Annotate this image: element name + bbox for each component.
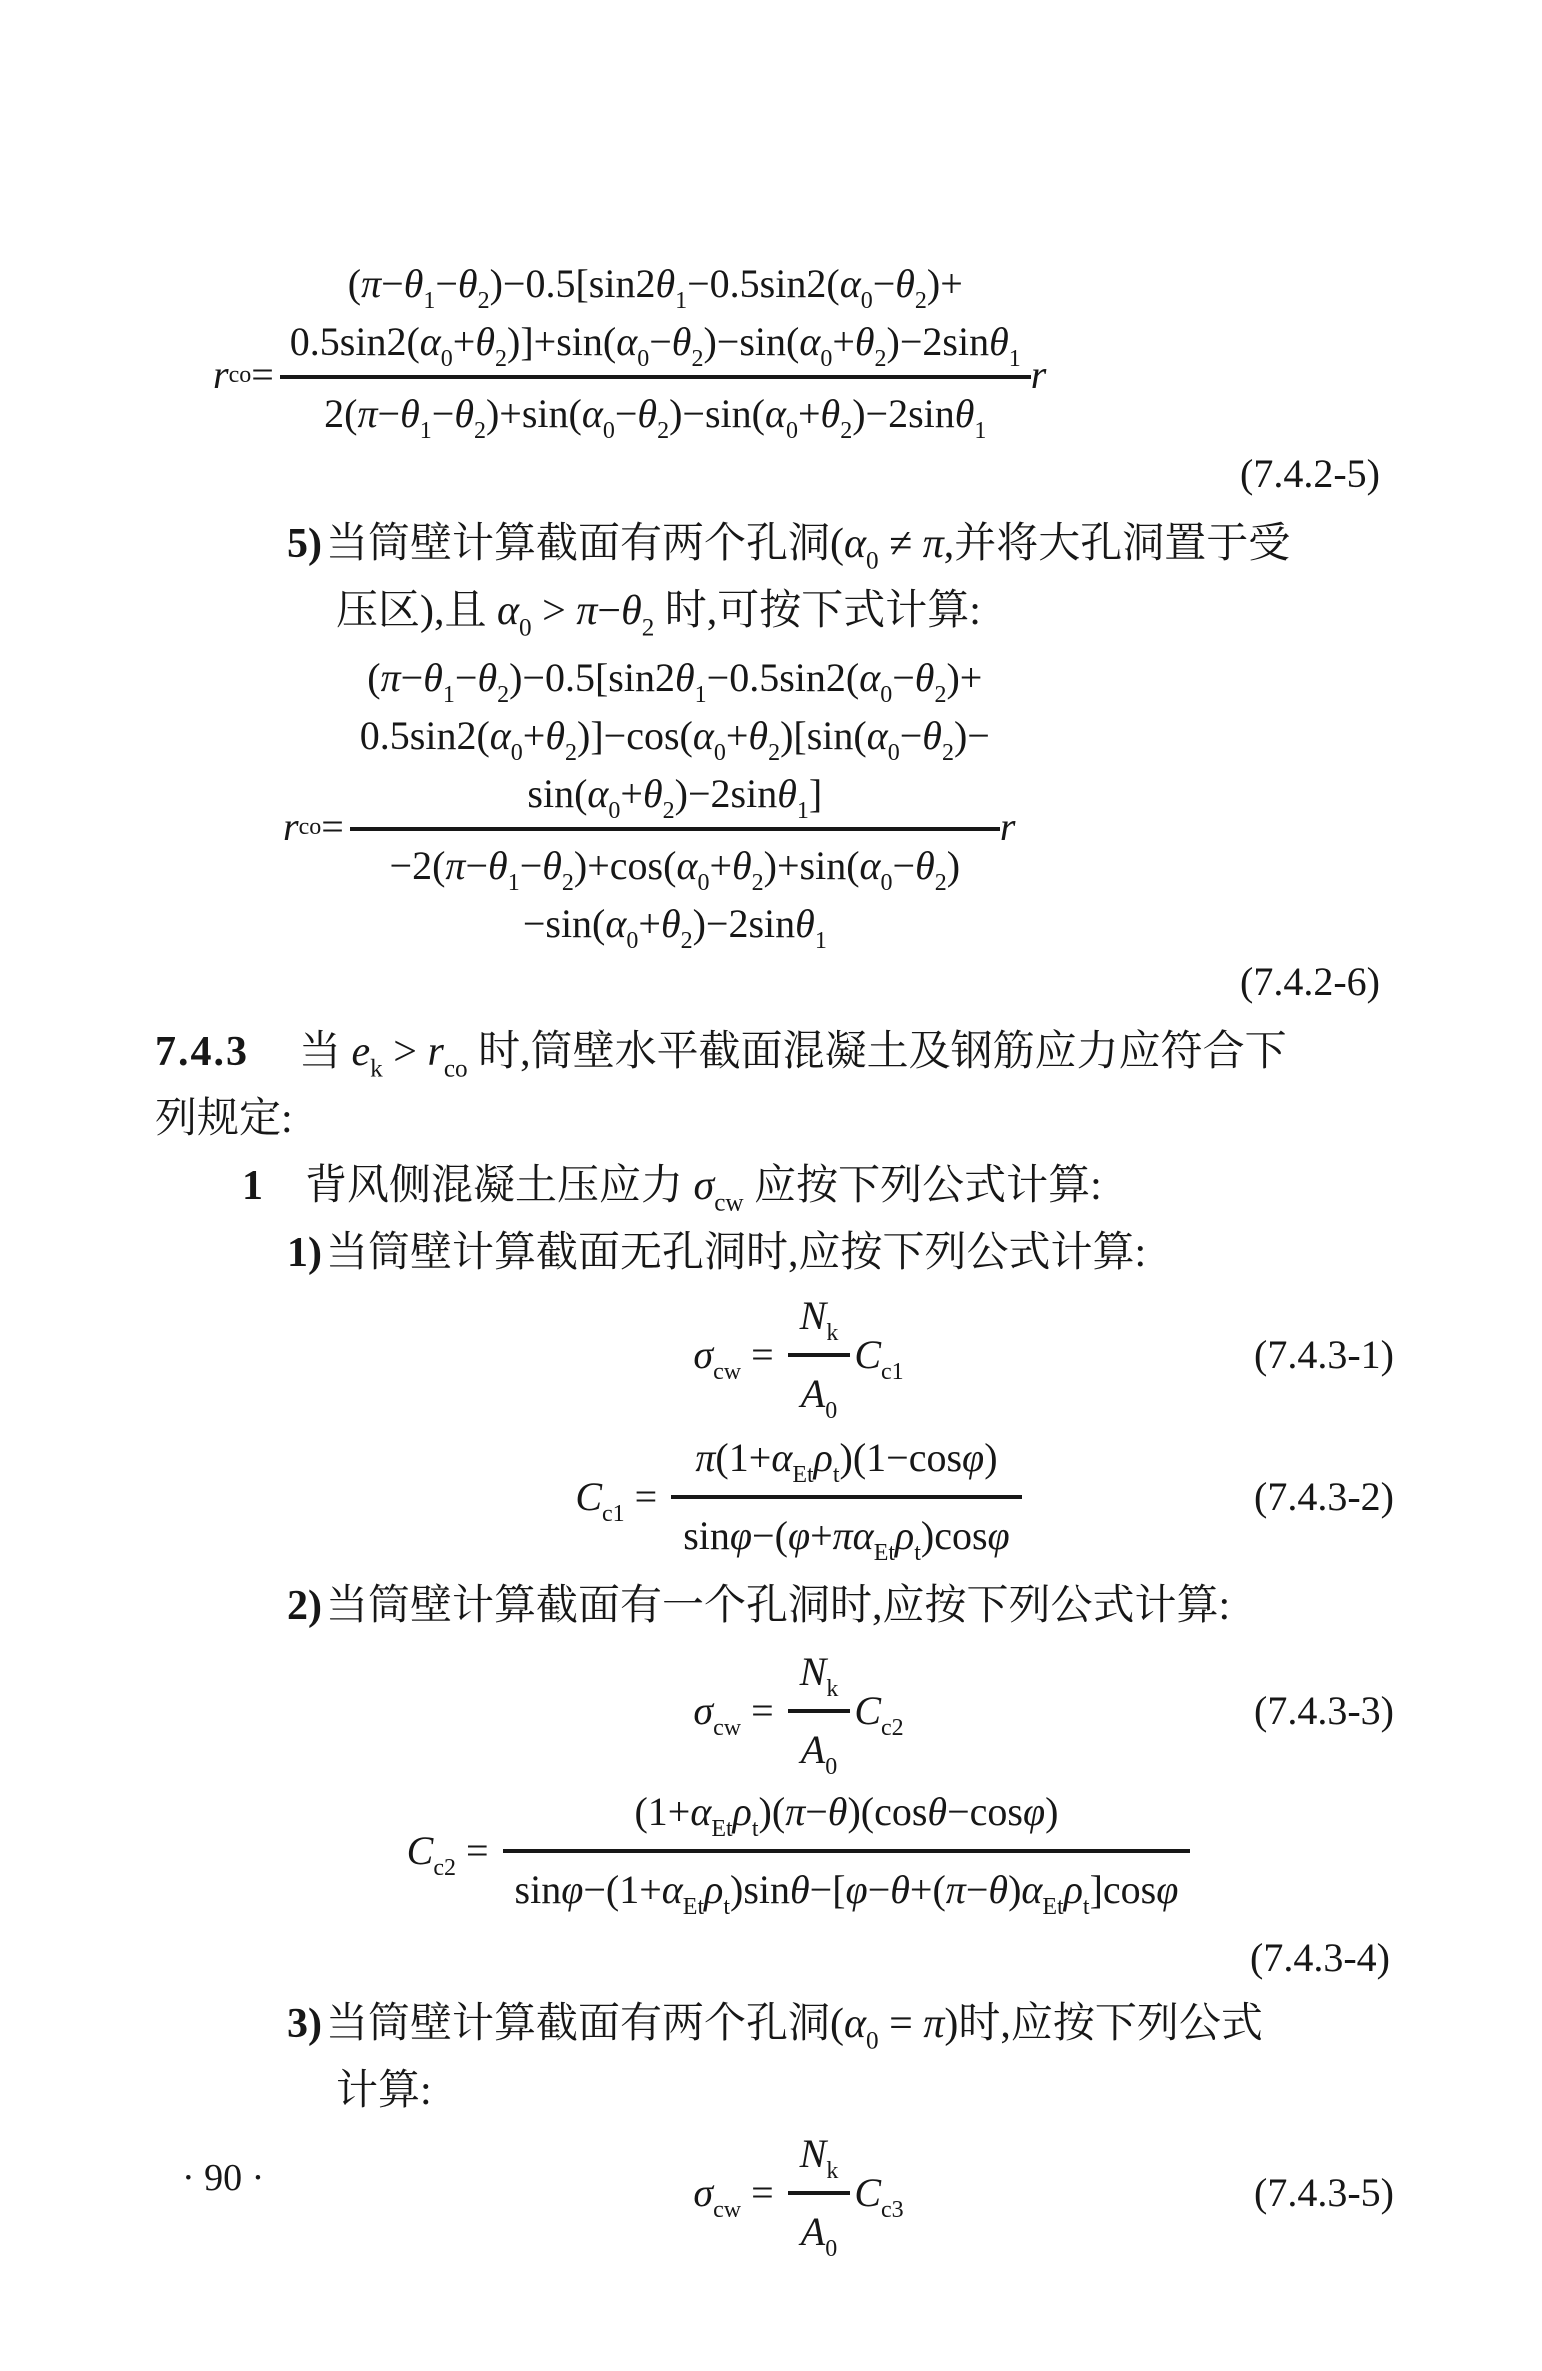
equation-number-7-4-2-6: (7.4.2-6) <box>155 953 1442 1011</box>
equation-lhs: Cc1 = <box>575 1468 657 1526</box>
subitem-3-marker: 3) <box>287 2001 322 2047</box>
subitem-2-line: 2)当筒壁计算截面有一个孔洞时,应按下列公式计算: <box>155 1573 1442 1640</box>
equation-number-7-4-2-5: (7.4.2-5) <box>155 445 1442 503</box>
equation-7-4-2-6-numerator: (π−θ1−θ2)−0.5[sin2θ1−0.5sin2(α0−θ2)+ 0.5… <box>360 649 990 827</box>
denominator-line: −2(π−θ1−θ2)+cos(α0+θ2)+sin(α0−θ2) <box>360 837 990 895</box>
equation-body: σcw = Nk A0 Cc1 <box>693 1287 903 1423</box>
clause-5-text: 当筒壁计算截面有两个孔洞(α0 ≠ π,并将大孔洞置于受 <box>326 521 1290 567</box>
section-7-4-3-line-1: 7.4.3当 ek > rco 时,筒壁水平截面混凝土及钢筋应力应符合下 <box>155 1019 1442 1086</box>
equation-number-7-4-3-5: (7.4.3-5) <box>1254 2164 1394 2222</box>
numerator-line: sin(α0+θ2)−2sinθ1] <box>360 765 990 823</box>
fraction-numerator: π(1+αEtρt)(1−cosφ) <box>671 1429 1021 1495</box>
subitem-2-marker: 2) <box>287 1583 322 1629</box>
equation-7-4-2-5: (π−θ1−θ2)−0.5[sin2θ1−0.5sin2(α0−θ2)+ 0.5… <box>213 255 1046 443</box>
document-page: (π−θ1−θ2)−0.5[sin2θ1−0.5sin2(α0−θ2)+ 0.5… <box>0 0 1542 2371</box>
equation-lhs: Cc2 = <box>407 1822 489 1880</box>
numerator-line: 0.5sin2(α0+θ2)]+sin(α0−θ2)−sin(α0+θ2)−2s… <box>290 313 1021 371</box>
section-number: 7.4.3 <box>155 1029 249 1075</box>
item-1-marker: 1 <box>242 1163 263 1209</box>
fraction-denominator: sinφ−(1+αEtρt)sinθ−[φ−θ+(π−θ)αEtρt]cosφ <box>503 1849 1191 1919</box>
equation-7-4-2-6-denominator: −2(π−θ1−θ2)+cos(α0+θ2)+sin(α0−θ2) −sin(α… <box>360 831 990 953</box>
equation-7-4-3-2: Cc1 = π(1+αEtρt)(1−cosφ) sinφ−(φ+παEtρt)… <box>155 1429 1442 1565</box>
clause-5-line-1: 5)当筒壁计算截面有两个孔洞(α0 ≠ π,并将大孔洞置于受 <box>155 511 1442 578</box>
equation-rhs: Cc1 <box>854 1326 903 1384</box>
subitem-3-line-1: 3)当筒壁计算截面有两个孔洞(α0 = π)时,应按下列公式 <box>155 1991 1442 2058</box>
equation-rhs: Cc2 <box>854 1682 903 1740</box>
fraction: Nk A0 <box>788 1287 851 1423</box>
equation-7-4-3-4: Cc2 = (1+αEtρt)(π−θ)(cosθ−cosφ) sinφ−(1+… <box>155 1783 1442 1919</box>
equation-number-7-4-3-4: (7.4.3-4) <box>155 1929 1442 1987</box>
fraction-numerator: Nk <box>788 1643 851 1709</box>
fraction: Nk A0 <box>788 2125 851 2261</box>
clause-5-marker: 5) <box>287 521 322 567</box>
fraction-denominator: A0 <box>788 1709 851 1779</box>
fraction-numerator: (1+αEtρt)(π−θ)(cosθ−cosφ) <box>503 1783 1191 1849</box>
fraction: Nk A0 <box>788 1643 851 1779</box>
subitem-3-text: 当筒壁计算截面有两个孔洞(α0 = π)时,应按下列公式 <box>326 2001 1263 2047</box>
subitem-3-line-2: 计算: <box>155 2058 1442 2125</box>
section-text: 当 ek > rco 时,筒壁水平截面混凝土及钢筋应力应符合下 <box>299 1029 1287 1075</box>
equation-body: σcw = Nk A0 Cc3 <box>693 2125 903 2261</box>
numerator-line: (π−θ1−θ2)−0.5[sin2θ1−0.5sin2(α0−θ2)+ <box>360 649 990 707</box>
equation-number-7-4-3-1: (7.4.3-1) <box>1254 1326 1394 1384</box>
subitem-1-text: 当筒壁计算截面无孔洞时,应按下列公式计算: <box>326 1230 1146 1276</box>
fraction: π(1+αEtρt)(1−cosφ) sinφ−(φ+παEtρt)cosφ <box>671 1429 1021 1565</box>
equation-7-4-3-3: σcw = Nk A0 Cc2 (7.4.3-3) <box>155 1643 1442 1779</box>
equation-number-7-4-3-2: (7.4.3-2) <box>1254 1468 1394 1526</box>
equation-7-4-2-5-numerator: (π−θ1−θ2)−0.5[sin2θ1−0.5sin2(α0−θ2)+ 0.5… <box>290 255 1021 375</box>
numerator-line: (π−θ1−θ2)−0.5[sin2θ1−0.5sin2(α0−θ2)+ <box>290 255 1021 313</box>
equation-rhs: Cc3 <box>854 2164 903 2222</box>
equation-lhs: σcw = <box>693 2164 773 2222</box>
equation-7-4-3-1: σcw = Nk A0 Cc1 (7.4.3-1) <box>155 1287 1442 1423</box>
equation-lhs: σcw = <box>693 1682 773 1740</box>
equation-7-4-2-6: (π−θ1−θ2)−0.5[sin2θ1−0.5sin2(α0−θ2)+ 0.5… <box>283 649 1015 953</box>
clause-5-line-2: 压区),且 α0 > π−θ2 时,可按下式计算: <box>155 578 1442 645</box>
denominator-line: 2(π−θ1−θ2)+sin(α0−θ2)−sin(α0+θ2)−2sinθ1 <box>290 385 1021 443</box>
subitem-1-marker: 1) <box>287 1230 322 1276</box>
equation-lhs: σcw = <box>693 1326 773 1384</box>
fraction-denominator: A0 <box>788 1353 851 1423</box>
equation-body: Cc1 = π(1+αEtρt)(1−cosφ) sinφ−(φ+παEtρt)… <box>575 1429 1021 1565</box>
equation-7-4-3-5: σcw = Nk A0 Cc3 (7.4.3-5) <box>155 2125 1442 2261</box>
fraction-denominator: sinφ−(φ+παEtρt)cosφ <box>671 1495 1021 1565</box>
equation-body: Cc2 = (1+αEtρt)(π−θ)(cosθ−cosφ) sinφ−(1+… <box>407 1783 1191 1919</box>
item-1-line: 1背风侧混凝土压应力 σcw 应按下列公式计算: <box>155 1153 1442 1220</box>
numerator-line: 0.5sin2(α0+θ2)]−cos(α0+θ2)[sin(α0−θ2)− <box>360 707 990 765</box>
item-1-text: 背风侧混凝土压应力 σcw 应按下列公式计算: <box>305 1163 1102 1209</box>
denominator-line: −sin(α0+θ2)−2sinθ1 <box>360 895 990 953</box>
equation-number-7-4-3-3: (7.4.3-3) <box>1254 1682 1394 1740</box>
fraction-numerator: Nk <box>788 1287 851 1353</box>
subitem-2-text: 当筒壁计算截面有一个孔洞时,应按下列公式计算: <box>326 1583 1230 1629</box>
fraction: (1+αEtρt)(π−θ)(cosθ−cosφ) sinφ−(1+αEtρt)… <box>503 1783 1191 1919</box>
fraction-numerator: Nk <box>788 2125 851 2191</box>
fraction-denominator: A0 <box>788 2191 851 2261</box>
section-7-4-3-line-2: 列规定: <box>155 1086 1442 1153</box>
subitem-1-line: 1)当筒壁计算截面无孔洞时,应按下列公式计算: <box>155 1220 1442 1287</box>
equation-7-4-2-5-denominator: 2(π−θ1−θ2)+sin(α0−θ2)−sin(α0+θ2)−2sinθ1 <box>290 379 1021 443</box>
page-number: · 90 · <box>182 2156 264 2200</box>
equation-body: σcw = Nk A0 Cc2 <box>693 1643 903 1779</box>
